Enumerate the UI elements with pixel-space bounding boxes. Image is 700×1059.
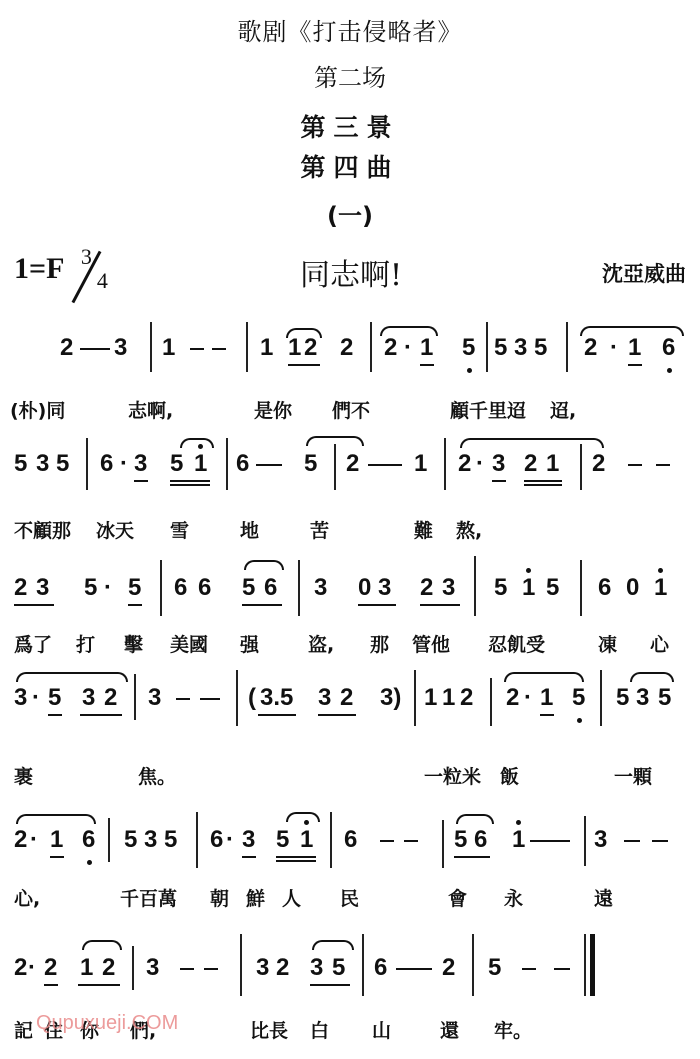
lyric-word: 朝 xyxy=(210,884,229,911)
lyric-word: 心 xyxy=(650,630,669,657)
lyric-word: 打 xyxy=(76,630,95,657)
lyric-word: 會 xyxy=(448,884,467,911)
time-signature: 3 4 xyxy=(75,252,119,302)
number-label: 第四曲 xyxy=(0,148,700,184)
lyric-word: 永 xyxy=(504,884,523,911)
staff-line-3: 2 3 5 · 5 6 6 5 6 3 0 3 2 3 5 1 5 6 0 1 xyxy=(0,574,700,624)
staff-line-1: 2 3 1 1 1 2 2 2 · 1 5 5 3 5 2 · 1 6 xyxy=(0,334,700,384)
lyric-word: 盗, xyxy=(308,630,334,657)
lyric-word: 們不 xyxy=(332,396,370,423)
lyric-word: 志啊, xyxy=(128,396,173,423)
lyric-word: 飯 xyxy=(500,762,519,789)
staff-line-4: 3 · 5 3 2 3 ( 3.5 3 2 3) 1 1 2 2 · 1 5 5… xyxy=(0,684,700,734)
lyric-word: 冰天 xyxy=(96,516,134,543)
lyric-word: 民 xyxy=(340,884,359,911)
key-signature: 1=F 3 4 xyxy=(14,252,119,302)
key-text: 1=F xyxy=(14,252,63,285)
song-title: 同志啊! xyxy=(300,250,402,294)
lyric-word: 忍飢受 xyxy=(488,630,545,657)
lyric-word: 凍 xyxy=(598,630,617,657)
lyric-word: 苦 xyxy=(310,516,329,543)
lyric-word: 美國 xyxy=(170,630,208,657)
lyric-word: 那 xyxy=(370,630,389,657)
lyric-word: 遠 xyxy=(594,884,613,911)
lyric-word: 迢, xyxy=(550,396,576,423)
lyric-word: (朴)同 xyxy=(10,396,65,423)
lyric-word: 山 xyxy=(372,1016,391,1043)
lyric-word: 是你 xyxy=(254,396,292,423)
lyric-word: 白 xyxy=(310,1016,329,1043)
lyric-word: 熬, xyxy=(456,516,482,543)
staff-line-2: 5 3 5 6 · 3 5 1 6 5 2 1 2 · 3 2 1 2 xyxy=(0,450,700,500)
lyric-word: 心, xyxy=(14,884,40,911)
lyric-word: 爲了 xyxy=(14,630,52,657)
section-label: 第三景 xyxy=(0,108,700,144)
lyric-word: 顧千里迢 xyxy=(450,396,526,423)
lyric-word: 强 xyxy=(240,630,259,657)
lyric-word: 焦。 xyxy=(138,762,176,789)
staff-line-6: 2 · 2 1 2 3 3 2 3 5 6 2 5 xyxy=(0,954,700,1004)
lyric-word: 不顧那 xyxy=(14,516,71,543)
lyric-word: 裹 xyxy=(14,762,33,789)
scene-label: 第二场 xyxy=(0,58,700,93)
lyric-word: 難 xyxy=(414,516,433,543)
lyric-word: 還 xyxy=(440,1016,459,1043)
lyric-word: 記 xyxy=(14,1016,33,1043)
lyric-word: 擊 xyxy=(124,630,143,657)
watermark: Qupuxueji.COM xyxy=(36,1012,178,1035)
part-label: (一) xyxy=(0,196,700,231)
lyric-word: 一粒米 xyxy=(424,762,481,789)
lyric-word: 一顆 xyxy=(614,762,652,789)
lyric-word: 地 xyxy=(240,516,259,543)
lyric-word: 比長 xyxy=(250,1016,288,1043)
time-sig-bottom: 4 xyxy=(97,268,108,294)
lyric-word: 雪 xyxy=(170,516,189,543)
staff-line-5: 2 · 1 6 5 3 5 6 · 3 5 1 6 5 6 1 3 xyxy=(0,826,700,876)
lyric-word: 管他 xyxy=(412,630,450,657)
lyric-word: 人 xyxy=(282,884,301,911)
lyric-word: 千百萬 xyxy=(120,884,177,911)
opera-title: 歌剧《打击侵略者》 xyxy=(0,12,700,47)
lyric-word: 鮮 xyxy=(246,884,265,911)
lyric-word: 牢。 xyxy=(494,1016,532,1043)
composer: 沈亞威曲 xyxy=(602,258,686,288)
